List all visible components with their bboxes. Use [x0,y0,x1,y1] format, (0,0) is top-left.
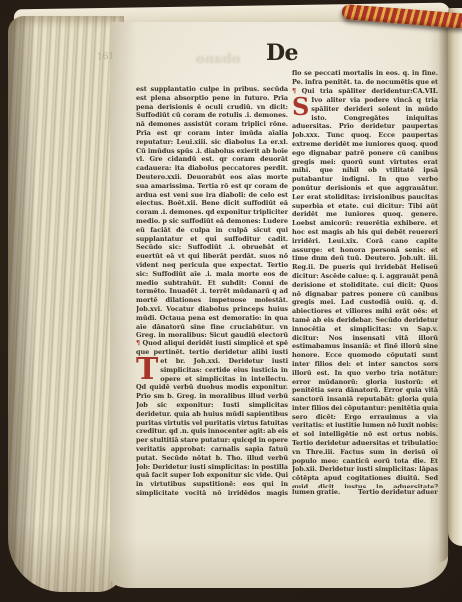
body-text: est supplantatio culpe in pribus. secūda… [136,85,288,339]
drop-cap-initial-s: S [292,96,309,117]
closing-text: lumen gratie. [292,488,340,496]
pilcrow-mark: ¶ [136,339,140,347]
chapter-number-ca-vii: CA.VII. [412,87,438,96]
rubric-text: Quod aliqui deridēt iusti simplicē et sp… [136,339,288,357]
right-rubric-line: CA.VII. ¶ Qui tria spāliter deridentur: … [292,87,438,96]
folio-number: 161 [97,52,115,63]
explicit-text: Tertio deridetur aduersitas. T.rei.lib. [358,488,438,496]
facing-page-edge [448,8,462,546]
left-rubric-line: ¶ Quod aliqui deridēt iusti simplicē et … [136,339,288,357]
body-text: flo se peccati mortalis in eos. q. in fi… [292,69,438,87]
left-text-block-2: T et br. Joh.xxi. Deridetur iusti simpli… [136,357,288,498]
body-text: Ivo aliter via podere vincā q tria spāli… [292,96,438,488]
page-edges-left [8,16,124,592]
left-text-column: est supplantatio culpe in pribus. secūda… [136,85,288,498]
rubric-text: Qui tria spāliter deridentur: que nota b… [292,87,412,96]
right-text-column: flo se peccati mortalis in eos. q. in fi… [292,69,438,497]
running-title: De [113,40,451,66]
pilcrow-mark: ¶ [292,87,296,95]
left-text-block-1: est supplantatio culpe in pribus. secūda… [136,85,288,339]
right-text-block-1: flo se peccati mortalis in eos. q. in fi… [292,69,438,87]
explicit-line: lumen gratie. Tertio deridetur aduersita… [292,488,438,497]
right-text-block-2: S Ivo aliter via podere vincā q tria spā… [292,96,438,488]
body-text: et br. Joh.xxi. Deridetur iusti simplici… [136,357,288,498]
book-photo: obano De 161 est supplantatio culpe in p… [0,0,462,602]
drop-cap-initial-t: T [136,357,158,382]
